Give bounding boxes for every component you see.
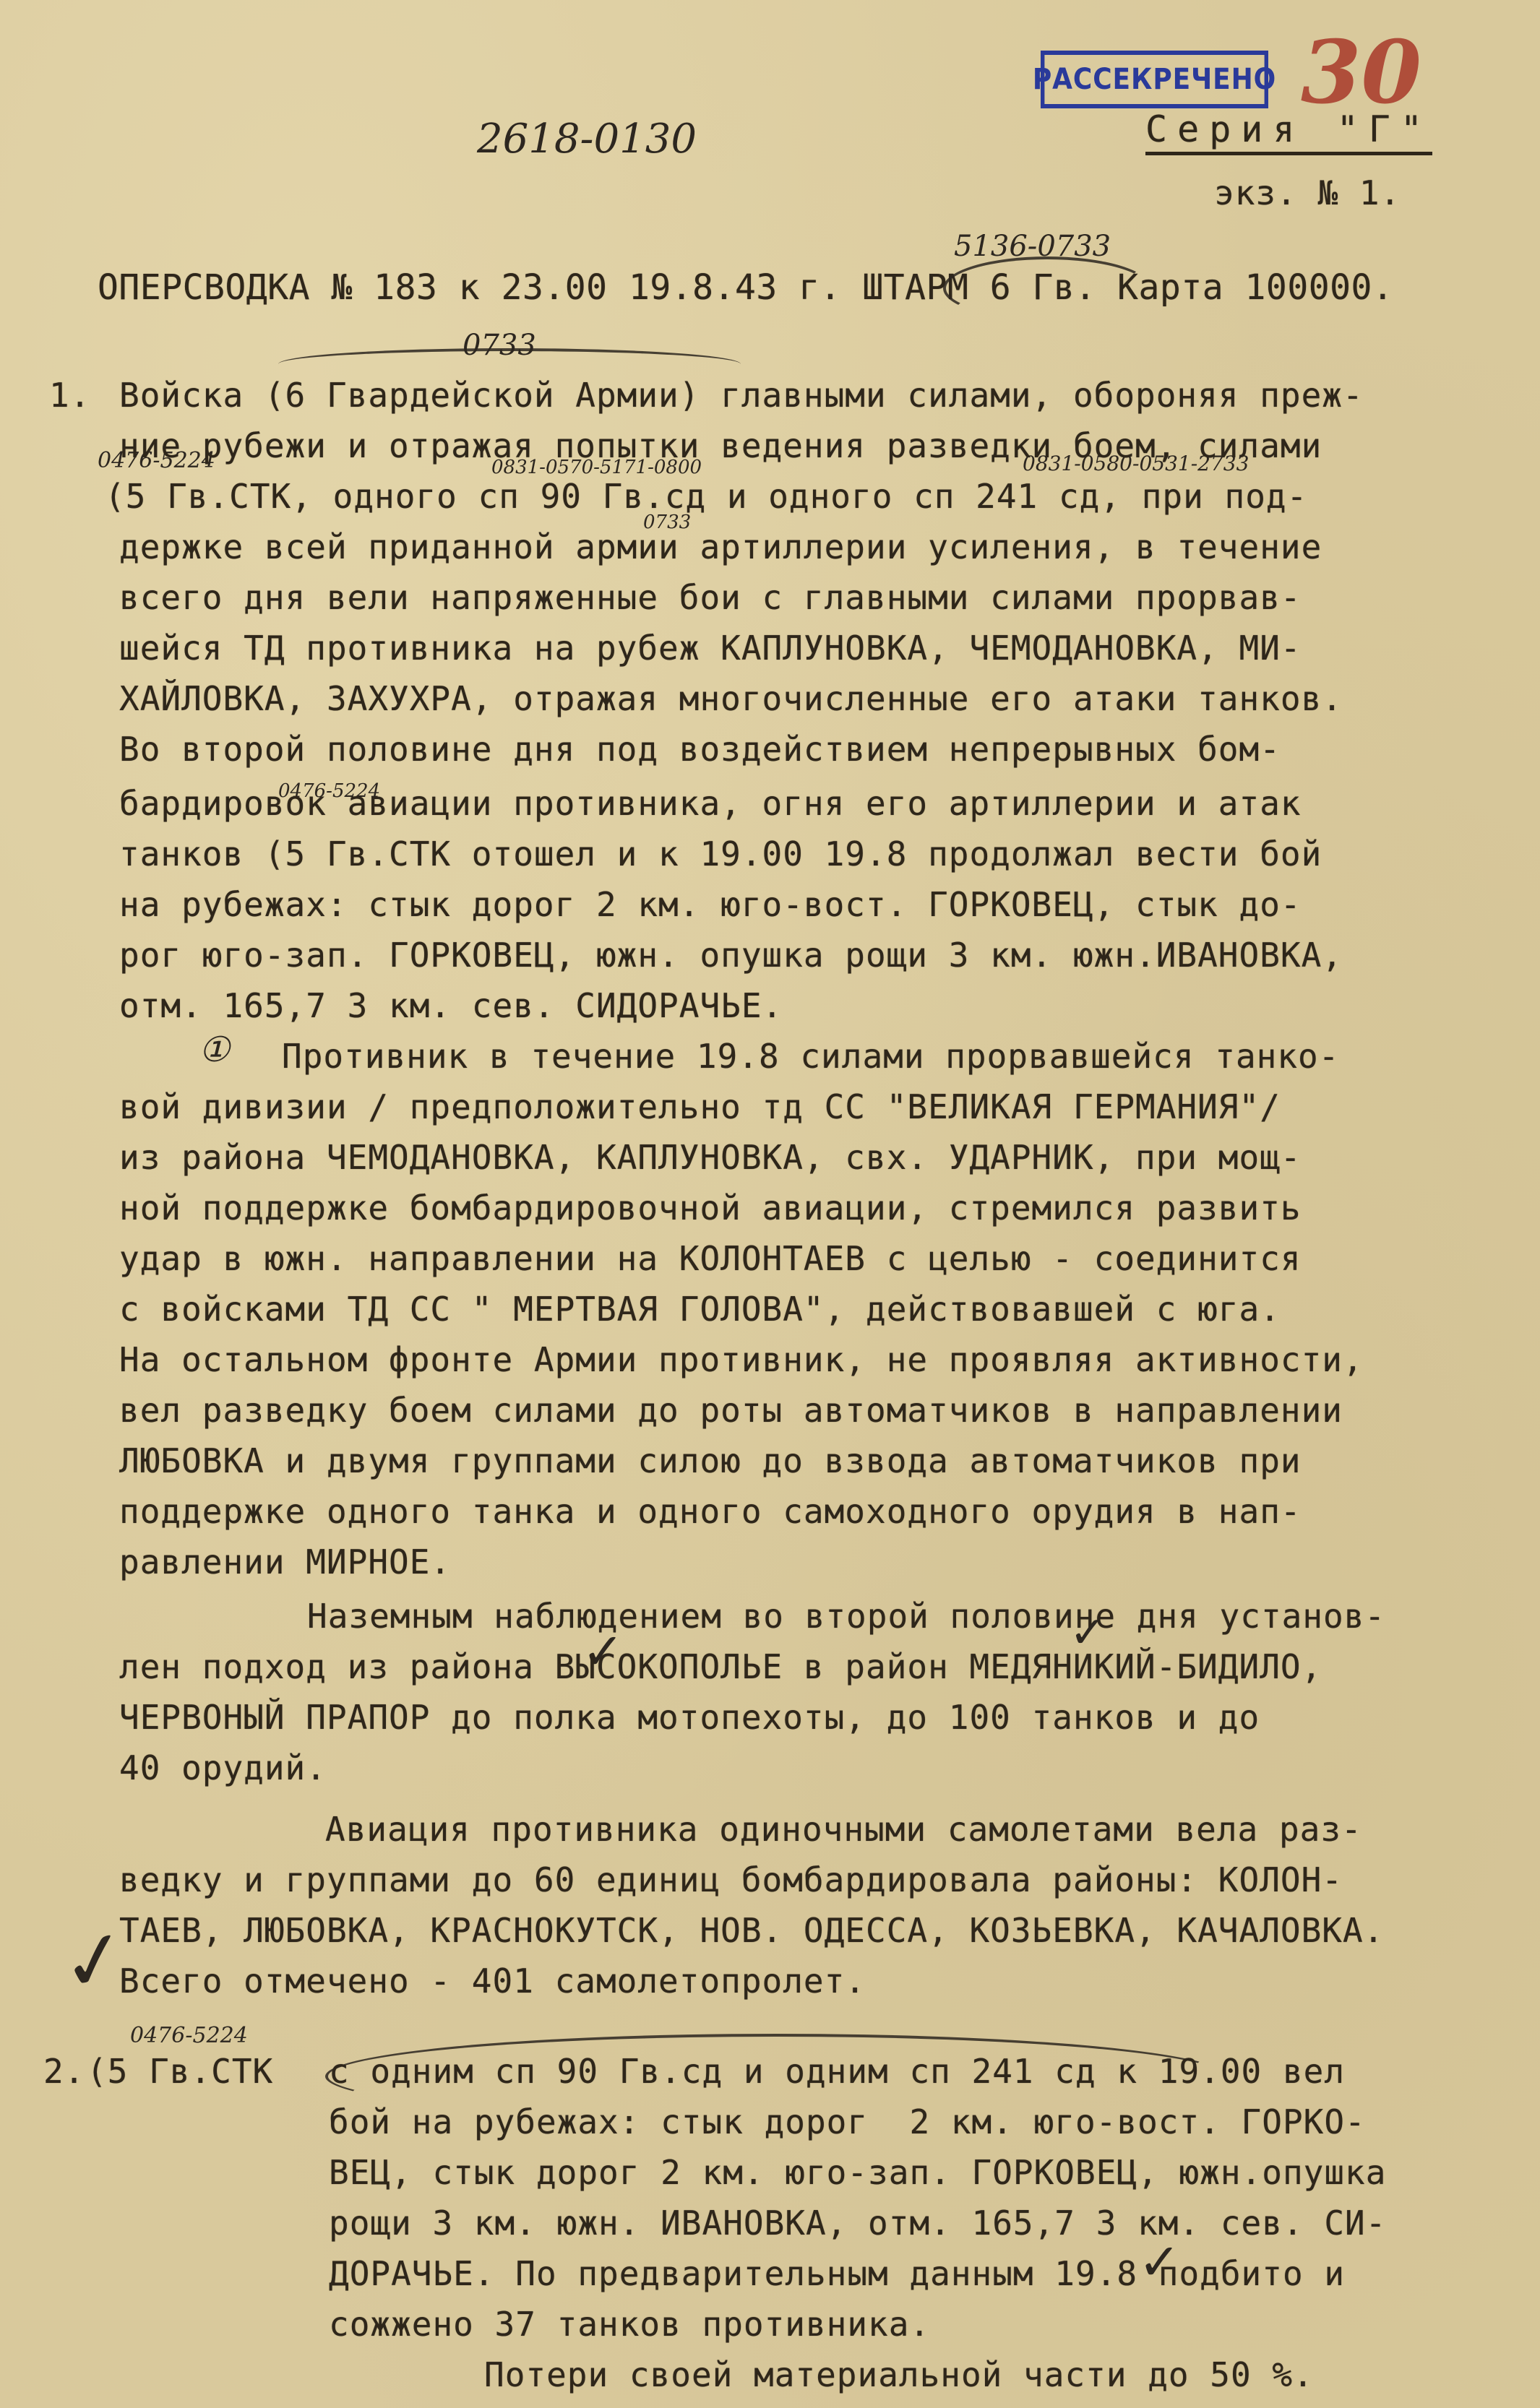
report-title: ОПЕРСВОДКА № 183 к 23.00 19.8.43 г. ШТАР… [98, 267, 1393, 308]
observation-line: лен подход из района ВЫСОКОПОЛЬЕ в район… [119, 1647, 1322, 1686]
aviation-line: Авиация противника одиночными самолетами… [325, 1810, 1362, 1849]
section-1-line: отм. 165,7 3 км. сев. СИДОРАЧЬЕ. [119, 986, 783, 1025]
enemy-paragraph-line: вой дивизии / предположительно тд СС "ВЕ… [119, 1087, 1281, 1126]
enemy-paragraph-line: удар в южн. направлении на КОЛОНТАЕВ с ц… [119, 1239, 1302, 1278]
enemy-paragraph-line: из района ЧЕМОДАНОВКА, КАПЛУНОВКА, свх. … [119, 1138, 1302, 1177]
section-1-number: 1. [49, 376, 90, 415]
section-2-subject: (5 Гв.СТК [87, 2052, 273, 2091]
section-1-line: ХАЙЛОВКА, ЗАХУХРА, отражая многочисленны… [119, 679, 1343, 718]
title-circle-mark [943, 256, 1151, 320]
section-1-line: ние рубежи и отражая попытки ведения раз… [119, 426, 1322, 465]
section-1-line: рог юго-зап. ГОРКОВЕЦ, южн. опушка рощи … [119, 936, 1343, 975]
section-1-line: шейся ТД противника на рубеж КАПЛУНОВКА,… [119, 629, 1302, 668]
enemy-paragraph-line: Противник в течение 19.8 силами прорвавш… [282, 1037, 1339, 1076]
observation-line: 40 орудий. [119, 1748, 327, 1787]
enemy-paragraph-line: равлении МИРНОЕ. [119, 1542, 451, 1581]
section-1-line: бардировок авиации противника, огня его … [119, 784, 1302, 823]
enemy-paragraph-line: На остальном фронте Армии противник, не … [119, 1340, 1364, 1379]
section-2-line: сожжено 37 танков противника. [329, 2305, 930, 2344]
aviation-line: Всего отмечено - 401 самолетопролет. [119, 1962, 866, 2001]
section-2-number: 2. [43, 2052, 85, 2091]
section-2-losses: Потери своей материальной части до 50 %. [484, 2355, 1314, 2394]
archive-code: 2618-0130 [477, 116, 697, 163]
enemy-paragraph-line: ной поддержке бомбардировочной авиации, … [119, 1188, 1302, 1227]
annotation-section2-str: 0476-5224 [130, 2023, 248, 2048]
enemy-paragraph-line: поддержке одного танка и одного самоходн… [119, 1492, 1302, 1531]
section-1-line: танков (5 Гв.СТК отошел и к 19.00 19.8 п… [119, 834, 1322, 873]
section-2-line: с одним сп 90 Гв.сд и одним сп 241 сд к … [329, 2052, 1345, 2091]
copy-number: экз. № 1. [1214, 173, 1401, 212]
aviation-line: ТАЕВ, ЛЮБОВКА, КРАСНОКУТСК, НОВ. ОДЕССА,… [119, 1911, 1384, 1950]
enemy-paragraph-line: вел разведку боем силами до роты автомат… [119, 1391, 1343, 1430]
section-1-line: на рубежах: стык дорог 2 км. юго-вост. Г… [119, 885, 1302, 924]
section-1-line: (5 Гв.СТК, одного сп 90 Гв.сд и одного с… [105, 477, 1307, 516]
enemy-paragraph-line: с войсками ТД СС " МЕРТВАЯ ГОЛОВА", дейс… [119, 1290, 1281, 1329]
circled-mark: ① [199, 1030, 230, 1070]
series-label: Серия "Г" [1145, 108, 1432, 155]
section-1-line: всего дня вели напряженные бои с главным… [119, 578, 1302, 617]
section-1-line: Войска (6 Гвардейской Армии) главными си… [119, 376, 1364, 415]
declassified-stamp: РАССЕКРЕЧЕНО [1041, 51, 1268, 108]
section-1-line: держке всей приданной армии артиллерии у… [119, 527, 1322, 566]
aviation-line: ведку и группами до 60 единиц бомбардиро… [119, 1860, 1343, 1899]
observation-line: Наземным наблюдением во второй половине … [307, 1597, 1385, 1636]
observation-line: ЧЕРВОНЫЙ ПРАПОР до полка мотопехоты, до … [119, 1698, 1260, 1737]
checkmark-icon: ✓ [1138, 2232, 1181, 2292]
document-page: РАССЕКРЕЧЕНО 30 2618-0130 Серия "Г" экз.… [0, 0, 1540, 2408]
section-1-line: Во второй половине дня под воздействием … [119, 730, 1281, 769]
section-2-line: рощи 3 км. южн. ИВАНОВКА, отм. 165,7 3 к… [329, 2204, 1386, 2243]
enemy-paragraph-line: ЛЮБОВКА и двумя группами силою до взвода… [119, 1441, 1302, 1480]
section-2-line: бой на рубежах: стык дорог 2 км. юго-вос… [329, 2102, 1366, 2141]
section-2-line: ВЕЦ, стык дорог 2 км. юго-зап. ГОРКОВЕЦ,… [329, 2153, 1386, 2192]
section-2-line: ДОРАЧЬЕ. По предварительным данным 19.8 … [329, 2254, 1345, 2293]
